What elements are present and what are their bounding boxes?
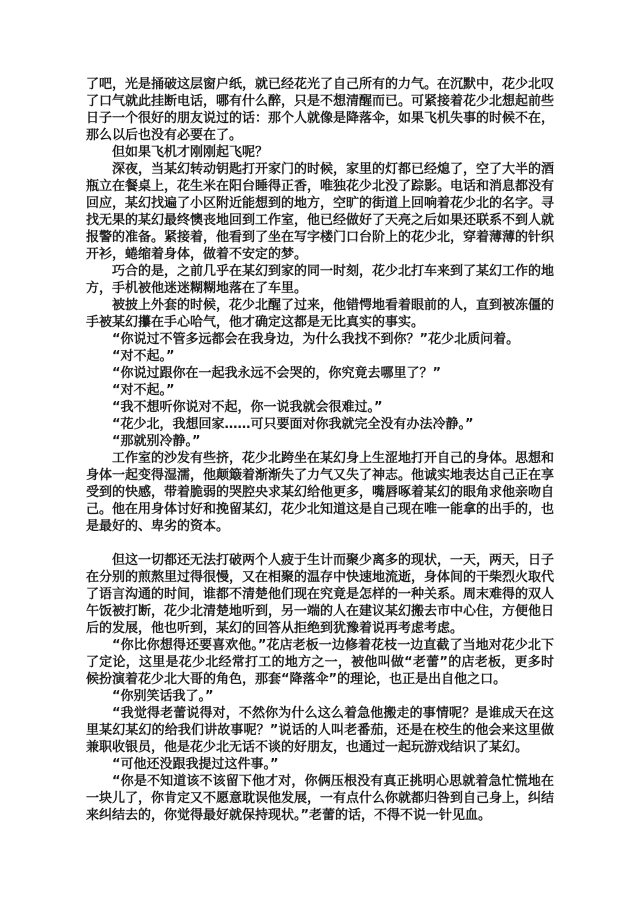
dialogue-paragraph: “你说过跟你在一起我永远不会哭的，你究竟去哪里了？” <box>86 365 554 382</box>
story-paragraph: “我觉得老蕾说得对，不然你为什么这么着急他搬走的事情呢？是谁成天在这里某幻某幻的… <box>86 705 554 756</box>
dialogue-paragraph: “花少北，我想回家……可只要面对你我就完全没有办法冷静。” <box>86 416 554 433</box>
document-page: 了吧，光是捅破这层窗户纸，就已经花光了自己所有的力气。在沉默中，花少北叹了口气就… <box>0 0 640 904</box>
dialogue-paragraph: “对不起。” <box>86 348 554 365</box>
story-paragraph: “你比你想得还要喜欢他。”花店老板一边修着花枝一边直截了当地对花少北下了定论，这… <box>86 637 554 688</box>
story-paragraph: 深夜，当某幻转动钥匙打开家门的时候，家里的灯都已经熄了，空了大半的酒瓶立在餐桌上… <box>86 161 554 263</box>
dialogue-paragraph: “可他还没跟我提过这件事。” <box>86 756 554 773</box>
story-text-block: 了吧，光是捅破这层窗户纸，就已经花光了自己所有的力气。在沉默中，花少北叹了口气就… <box>86 76 554 824</box>
section-break <box>86 535 554 552</box>
story-paragraph: 了吧，光是捅破这层窗户纸，就已经花光了自己所有的力气。在沉默中，花少北叹了口气就… <box>86 76 554 144</box>
dialogue-paragraph: “我不想听你说对不起，你一说我就会很难过。” <box>86 399 554 416</box>
story-paragraph: “你是不知道该不该留下他才对，你俩压根没有真正挑明心思就着急忙慌地在一块儿了，你… <box>86 773 554 824</box>
story-paragraph: 被披上外套的时候，花少北醒了过来，他错愕地看着眼前的人，直到被冻僵的手被某幻攥在… <box>86 297 554 331</box>
story-paragraph: 工作室的沙发有些挤，花少北跨坐在某幻身上生涩地打开自己的身体。思想和身体一起变得… <box>86 450 554 535</box>
story-paragraph: 但如果飞机才刚刚起飞呢？ <box>86 144 554 161</box>
story-paragraph: 巧合的是，之前几乎在某幻到家的同一时刻，花少北打车来到了某幻工作的地方，手机被他… <box>86 263 554 297</box>
dialogue-paragraph: “对不起。” <box>86 382 554 399</box>
story-paragraph: 但这一切都还无法打破两个人疲于生计而聚少离多的现状，一天，两天，日子在分别的煎熬… <box>86 552 554 637</box>
dialogue-paragraph: “你别笑话我了。” <box>86 688 554 705</box>
dialogue-paragraph: “那就别冷静。” <box>86 433 554 450</box>
dialogue-paragraph: “你说过不管多远都会在我身边，为什么我找不到你？”花少北质问着。 <box>86 331 554 348</box>
